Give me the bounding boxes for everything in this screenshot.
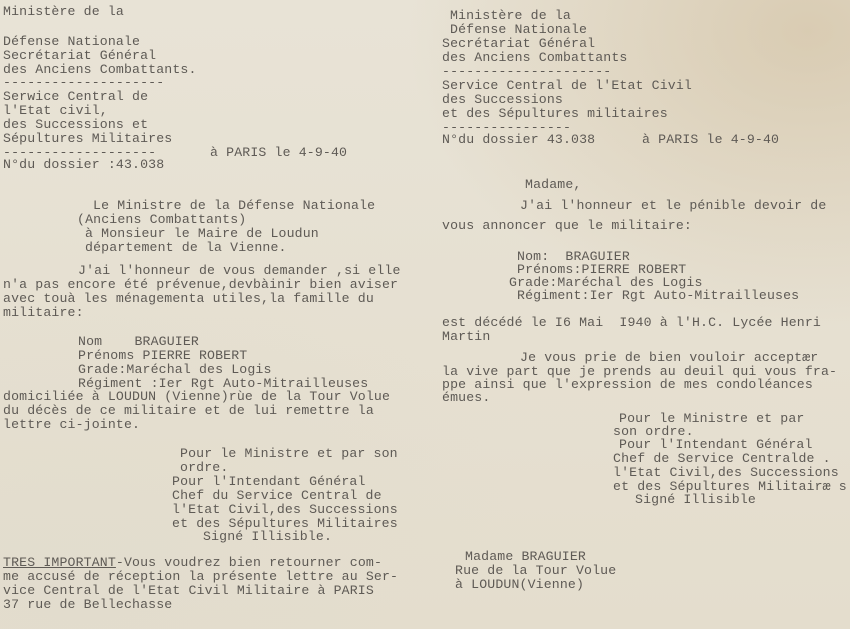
- important-text: 37 rue de Bellechasse: [3, 598, 172, 612]
- service-line: Serwice Central de: [3, 90, 148, 104]
- salutation: Madame,: [525, 178, 581, 192]
- soldier-name: Nom BRAGUIER: [78, 335, 199, 349]
- death-notice-line: est décédé le I6 Mai I940 à l'H.C. Lycée…: [442, 316, 821, 330]
- service-line: Service Central de l'Etat Civil: [442, 79, 692, 93]
- service-line: des Successions et: [3, 118, 148, 132]
- signature-line: Signé Illisible.: [203, 530, 332, 544]
- signature-line: ordre.: [180, 461, 228, 475]
- ministry-line: Secrétariat Général: [442, 37, 595, 51]
- service-line: et des Sépultures militaires: [442, 107, 668, 121]
- soldier-regiment: Régiment:Ier Rgt Auto-Mitrailleuses: [517, 289, 799, 303]
- important-text: -Vous voudrez bien retourner com-: [116, 555, 382, 570]
- separator: --------------------: [3, 76, 164, 90]
- soldier-grade: Grade:Maréchal des Logis: [78, 363, 272, 377]
- body-line: du décès de ce militaire et de lui remet…: [3, 404, 374, 418]
- important-text: me accusé de réception la présente lettr…: [3, 570, 398, 584]
- body-line: J'ai l'honneur et le pénible devoir de: [520, 199, 826, 213]
- file-number: N°du dossier 43.038: [442, 133, 595, 147]
- addressing-line: département de la Vienne.: [85, 241, 287, 255]
- body-line: militaire:: [3, 306, 84, 320]
- death-notice-line: Martin: [442, 330, 490, 344]
- ministry-line: Secrétariat Général: [3, 49, 156, 63]
- signature-line: l'Etat Civil,des Successions: [172, 503, 398, 517]
- important-note-line: TRES IMPORTANT-Vous voudrez bien retourn…: [3, 556, 382, 570]
- service-line: Sépultures Militaires: [3, 132, 172, 146]
- signature-line: Chef de Service Centralde .: [613, 452, 831, 466]
- service-line: des Successions: [442, 93, 563, 107]
- letter-to-family: Ministère de la Défense Nationale Secrét…: [425, 0, 850, 629]
- recipient-line: Madame BRAGUIER: [465, 550, 586, 564]
- ministry-line: Défense Nationale: [450, 23, 587, 37]
- service-line: l'Etat civil,: [3, 104, 108, 118]
- important-text: vice Central de l'Etat Civil Militaire à…: [3, 584, 374, 598]
- separator: ---------------------: [442, 65, 611, 79]
- signature-line: Pour le Ministre et par son: [180, 447, 398, 461]
- important-label: TRES IMPORTANT: [3, 555, 116, 570]
- condolences-line: émues.: [442, 391, 490, 405]
- signature-line: Pour l'Intendant Général: [619, 438, 813, 452]
- signature-line: Chef du Service Central de: [172, 489, 382, 503]
- file-number: N°du dossier :43.038: [3, 158, 164, 172]
- addressing-line: à Monsieur le Maire de Loudun: [85, 227, 319, 241]
- addressing-line: (Anciens Combattants): [77, 213, 246, 227]
- recipient-line: Rue de la Tour Volue: [455, 564, 616, 578]
- body-line: lettre ci-jointe.: [3, 418, 140, 432]
- signature-line: Signé Illisible: [635, 493, 756, 507]
- body-line: domiciliée à LOUDUN (Vienne)rùe de la To…: [3, 390, 390, 404]
- ministry-line: des Anciens Combattants: [442, 51, 627, 65]
- condolences-line: ppe ainsi que l'expression de mes condol…: [442, 378, 813, 392]
- signature-line: Pour l'Intendant Général: [172, 475, 366, 489]
- signature-line: l'Etat Civil,des Successions: [613, 466, 839, 480]
- soldier-first-names: Prénoms PIERRE ROBERT: [78, 349, 247, 363]
- condolences-line: Je vous prie de bien vouloir acceptær: [520, 351, 818, 365]
- place-date: à PARIS le 4-9-40: [210, 146, 347, 160]
- ministry-line: Ministère de la: [3, 5, 124, 19]
- ministry-line: Défense Nationale: [3, 35, 140, 49]
- body-line: avec touà les ménagementa utiles,la fami…: [3, 292, 374, 306]
- place-date: à PARIS le 4-9-40: [642, 133, 779, 147]
- body-line: vous annoncer que le militaire:: [442, 219, 692, 233]
- recipient-line: à LOUDUN(Vienne): [455, 578, 584, 592]
- ministry-line: Ministère de la: [450, 9, 571, 23]
- addressing-line: Le Ministre de la Défense Nationale: [93, 199, 375, 213]
- body-line: n'a pas encore été prévenue,devbàinir bi…: [3, 278, 398, 292]
- body-line: J'ai l'honneur de vous demander ,si elle: [78, 264, 401, 278]
- letter-to-mayor: Ministère de la Défense Nationale Secrét…: [0, 0, 425, 629]
